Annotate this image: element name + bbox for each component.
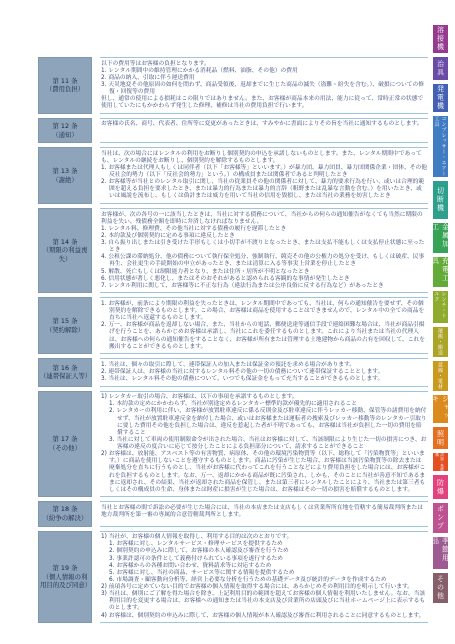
article-label-cell: 第 12 条 （通知）	[38, 118, 92, 143]
article-body: 1. お客様が、前条により期限の利益を失ったときは、レンタル期間中であっても、当…	[100, 297, 428, 354]
terms-line: 2. 万一、お客様が商品を返却しない場合、また、当社からの電話、郵便送達等通信手…	[101, 322, 427, 351]
article-label-cell: 第 15 条 （契約解除）	[38, 297, 92, 354]
table-row: 第 16 条 （連帯保証人等） 1. 当社は、個々の取引に際して、連帯保証人の加…	[38, 358, 428, 386]
article-label-cell: 第 16 条 （連帯保証人等）	[38, 358, 92, 386]
article-number: 第 15 条	[53, 317, 78, 326]
terms-line: お客様の氏名、商号、代表者、住所等に変更があったときは、すみやかに書面によりその…	[101, 121, 427, 128]
category-tab-4[interactable]: 切断機	[433, 181, 448, 219]
category-tab-7[interactable]: レンチ・トルク	[433, 291, 448, 323]
article-body: 当社とお客様の間で訴訟の必要が生じた場合には、当社の本店または支店もしくは営業所…	[100, 501, 428, 526]
article-body: お客様の氏名、商号、代表者、住所等に変更があったときは、すみやかに書面によりその…	[100, 118, 428, 143]
category-tab-14[interactable]: ポンプ	[433, 503, 448, 533]
category-tab-2[interactable]: 発電機	[433, 84, 448, 112]
article-label-cell: 第 13 条 （謝絶）	[38, 147, 92, 204]
article-label-cell: 第 14 条 （期限の利益喪失）	[38, 208, 92, 293]
terms-line: 6. 信用状態が著しく悪化し、またはそのおそれがあると認められる客観的な事情が発…	[101, 276, 427, 283]
terms-line: 5. お客様に対し、当社の商品、サービス等に関する情報を提供するため	[101, 570, 427, 577]
table-row: 第 15 条 （契約解除） 1. お客様が、前条により期限の利益を失ったときは、…	[38, 297, 428, 354]
terms-line: 1. レンタル期間中の維持管理にかかる消耗品（燃料、油脂、その他）の費用	[101, 68, 427, 75]
article-body: お客様が、次の各号の一に該当したときは、当社に対する債務について、当社からの何ら…	[100, 208, 428, 293]
article-label-cell: 第 18 条 （紛争の解決）	[38, 501, 92, 526]
terms-table: 第 11 条 （費用負担） 以下の費用等はお客様の負担となります。1. レンタル…	[38, 57, 428, 627]
table-row: 第 13 条 （謝絶） 当社は、次の場合にはレンタルの利用をお断りし個別契約の申…	[38, 147, 428, 204]
category-tab-9[interactable]: 延線・電材	[433, 361, 448, 391]
article-subtitle: （連帯保証人等）	[40, 372, 90, 381]
article-body: 当社は、次の場合にはレンタルの利用をお断りし個別契約の申込を承諾しないものとしま…	[100, 147, 428, 204]
terms-line: 2. 本約款及び個別契約に定める事項に違反したとき	[101, 233, 427, 240]
terms-line: 7. レンタル利用に関して、お客様等に不正な行為（違法行為または公序良俗に反する…	[101, 283, 427, 290]
category-tab-3[interactable]: コンプレッサー・エアー工具	[433, 116, 448, 177]
terms-line: 1. 当社は、個々の取引に際して、連帯保証人の加入または保証金の預託を求める場合…	[101, 362, 427, 369]
terms-line: 2. 商品の納入、引取に伴う運送費用	[101, 75, 427, 82]
terms-line: 3. 当社に対して車両の使用制限命令が出された場合、当社はお客様に対して、当該制…	[101, 437, 427, 451]
category-tab-1[interactable]: 治具	[433, 57, 448, 80]
terms-line: お客様が、次の各号の一に該当したときは、当社に対する債務について、当社からの何ら…	[101, 212, 427, 226]
terms-document-page: 第 11 条 （費用負担） 以下の費用等はお客様の負担となります。1. レンタル…	[0, 0, 455, 644]
article-subtitle: （費用負担）	[46, 85, 84, 94]
terms-line: 3. 天災地変その他原因の如何を問わず、商品受領後、返却までに生じた商品の滅失（…	[101, 82, 427, 96]
terms-line: 以下の費用等はお客様の負担となります。	[101, 61, 427, 68]
category-tab-5[interactable]: 金属加工	[433, 223, 448, 253]
article-body: 1) レンタカー取引の場合、お客様は、以下の事項を承諾するものとします。1. 本…	[100, 391, 428, 498]
table-row: 第 14 条 （期限の利益喪失） お客様が、次の各号の一に該当したときは、当社に…	[38, 208, 428, 293]
terms-line: 4) お客様は、個別契約の申込みに際して、お客様の個人情報が本人確認及び審査に利…	[101, 613, 427, 620]
article-label-cell: 第 11 条 （費用負担）	[38, 57, 92, 114]
category-tab-8[interactable]: 運搬・搬送	[433, 327, 448, 357]
terms-line: 2. レンタカーの利用に伴い、お客様が放置駐車違反に係る反則金及び駐車違反に伴う…	[101, 408, 427, 437]
article-number: 第 13 条	[53, 167, 78, 176]
terms-line: 5. 解散、死亡もしくは制限能力者となり、または住所・居所が不明となったとき	[101, 269, 427, 276]
terms-line: 3. 自ら振り出しまたは引き受けた手形もしくは小切手が不渡りとなったとき、または…	[101, 240, 427, 254]
article-subtitle: （その他）	[49, 444, 81, 453]
terms-line: 2. 個別契約の申込みに際して、お客様の本人確認及び審査を行うため	[101, 548, 427, 555]
article-label-cell: 第 19 条 （個人情報の利用目的及び同意）	[38, 531, 92, 624]
terms-line: 1. お客様が、前条により期限の利益を失ったときは、レンタル期間中であっても、当…	[101, 301, 427, 322]
terms-line: 2. お客様等が当社とのレンタル取引に関し、当社の従業員その他の関係者に対して、…	[101, 179, 427, 200]
article-subtitle: （通知）	[52, 131, 78, 140]
category-tab-6[interactable]: 充電工具	[433, 257, 448, 287]
article-subtitle: （契約解除）	[46, 326, 84, 335]
category-sidebar: 溶接機 治具 発電機 コンプレッサー・エアー工具 切断機 金属加工 充電工具 レ…	[433, 25, 448, 607]
category-tab-0[interactable]: 溶接機	[433, 25, 448, 53]
table-row: 第 17 条 （その他） 1) レンタカー取引の場合、お客様は、以下の事項を承諾…	[38, 391, 428, 498]
article-number: 第 12 条	[53, 122, 78, 131]
table-row: 第 11 条 （費用負担） 以下の費用等はお客様の負担となります。1. レンタル…	[38, 57, 428, 114]
terms-line: 6. 市場調査・顧客動向分析等、経営上必要な分析を行うための基礎データ及び統計的…	[101, 577, 427, 584]
category-tab-12[interactable]: 清掃・集塵機	[433, 453, 448, 471]
table-row: 第 12 条 （通知） お客様の氏名、商号、代表者、住所等に変更があったときは、…	[38, 118, 428, 143]
terms-line: 1. レンタル料、修理費、その他当社に対する債務の履行を遅滞したとき	[101, 226, 427, 233]
terms-line: 4. 公租公課の滞納処分、他の債務について執行保全処分、強制執行、競売その他の公…	[101, 254, 427, 268]
article-body: 1) 当社が、お客様の個人情報を取得し、利用する目的は次のとおりです。1. お客…	[100, 531, 428, 624]
terms-line: 4. お客様からの各種お問い合わせ、資料請求等に対応するため	[101, 563, 427, 570]
terms-line: 2) お客様は、放射能、アスベスト等の有害物質、病原体、その他の環境汚染物質等（…	[101, 451, 427, 494]
article-body: 1. 当社は、個々の取引に際して、連帯保証人の加入または保証金の預託を求める場合…	[100, 358, 428, 386]
article-subtitle: （謝絶）	[52, 176, 78, 185]
category-tab-10[interactable]: ジャッキ	[433, 395, 448, 423]
terms-line: 3) 当社は、個別にご了解を得た場合を除き、上記利用目的の範囲を超えてお客様の個…	[101, 591, 427, 612]
article-subtitle: （紛争の解決）	[43, 514, 88, 523]
article-subtitle: （期限の利益喪失）	[40, 246, 90, 263]
category-tab-13[interactable]: 防爆	[433, 475, 448, 499]
terms-line: 当社は、次の場合にはレンタルの利用をお断りし個別契約の申込を承諾しないものとしま…	[101, 151, 427, 165]
terms-line: 2. 連帯保証人は、お客様の当社に対するレンタル料その他の一切の債務について連帯…	[101, 369, 427, 376]
terms-line: 3. 事業許認可の条件として義務付けられている事項を遂行するため	[101, 556, 427, 563]
category-tab-15[interactable]: 季節用品	[433, 537, 448, 569]
table-row: 第 18 条 （紛争の解決） 当社とお客様の間で訴訟の必要が生じた場合には、当社…	[38, 501, 428, 526]
article-subtitle: （個人情報の利用目的及び同意）	[40, 573, 90, 590]
table-row: 第 19 条 （個人情報の利用目的及び同意） 1) 当社が、お客様の個人情報を取…	[38, 531, 428, 624]
terms-line: 当社とお客様の間で訴訟の必要が生じた場合には、当社の本店または支店もしくは営業所…	[101, 505, 427, 519]
category-tab-11[interactable]: 照明	[433, 427, 448, 449]
terms-line: 但し、通常の使用による損耗はこの限りではありません。また、お客様が商品本来の用法…	[101, 96, 427, 110]
article-body: 以下の費用等はお客様の負担となります。1. レンタル期間中の維持管理にかかる消耗…	[100, 57, 428, 114]
terms-line: 1. お客様または代理人もしくは同伴者（以下「お客様等」といいます。）が暴力団、…	[101, 165, 427, 179]
article-number: 第 17 条	[53, 435, 78, 444]
article-label-cell: 第 17 条 （その他）	[38, 391, 92, 498]
terms-line: 3. 当社は、レンタル料その他の債務について、いつでも保証金をもって充当すること…	[101, 376, 427, 383]
article-number: 第 18 条	[53, 505, 78, 514]
category-tab-16[interactable]: その他	[433, 573, 448, 603]
article-number: 第 19 条	[53, 564, 78, 573]
